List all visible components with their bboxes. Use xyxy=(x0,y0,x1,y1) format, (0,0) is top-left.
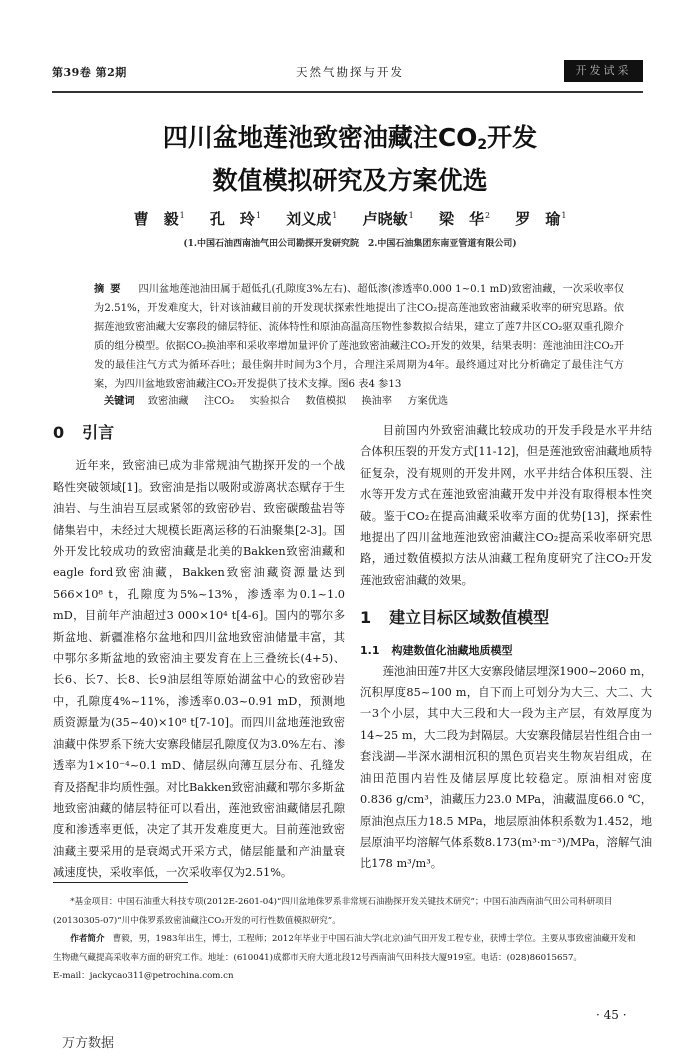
subsection-number: 1.1 xyxy=(360,644,380,657)
affiliations: (1.中国石油西南油气田公司勘探开发研究院 2.中国石油集团东南亚管道有限公司) xyxy=(0,236,700,249)
author-affiliation-mark: 1 xyxy=(561,211,566,220)
author: 梁 华2 xyxy=(439,208,490,229)
author-affiliation-mark: 1 xyxy=(409,211,414,220)
left-column: 0引言 近年来，致密油已成为非常规油气勘探开发的一个战略性突破领域[1]。致密油… xyxy=(53,422,345,884)
abstract: 摘要四川盆地莲池油田属于超低孔(孔隙度3%左右)、超低渗(渗透率0.000 1~… xyxy=(94,280,624,394)
title-line-1: 四川盆地莲池致密油藏注CO2开发 xyxy=(0,120,700,163)
author-bio: 作者简介曹毅，男，1983年出生，博士，工程师；2012年毕业于中国石油大学(北… xyxy=(53,930,643,967)
author: 刘义成1 xyxy=(286,208,337,229)
author-name: 卢晓敏 xyxy=(363,210,408,228)
title-subscript: 2 xyxy=(477,137,487,153)
header-divider xyxy=(52,91,643,93)
section-heading-1: 1建立目标区域数值模型 xyxy=(360,607,652,628)
section-tag-badge: 开发试采 xyxy=(564,60,643,82)
footnote-divider xyxy=(53,882,188,883)
author-name: 梁 华 xyxy=(439,210,484,228)
author-list: 曹 毅1 孔 玲1 刘义成1 卢晓敏1 梁 华2 罗 瑜1 xyxy=(0,208,700,229)
title-line-1-suffix: 开发 xyxy=(487,123,537,152)
intro-paragraph-1: 近年来，致密油已成为非常规油气勘探开发的一个战略性突破领域[1]。致密油是指以吸… xyxy=(53,455,345,883)
section-number: 1 xyxy=(360,608,371,627)
author: 罗 瑜1 xyxy=(515,208,566,229)
author-bio-label: 作者简介 xyxy=(70,934,104,944)
section-1-1-paragraph: 莲池油田莲7井区大安寨段储层埋深1900~2060 m，沉积厚度85~100 m… xyxy=(360,661,652,875)
right-column: 目前国内外致密油藏比较成功的开发手段是水平井结合体积压裂的开发方式[11-12]… xyxy=(360,420,652,875)
section-title: 引言 xyxy=(82,423,114,442)
author-name: 曹 毅 xyxy=(134,210,179,228)
author-affiliation-mark: 1 xyxy=(256,211,261,220)
keyword: 数值模拟 xyxy=(305,396,346,407)
footnotes: *基金项目：中国石油重大科技专项(2012E-2601-04)“四川盆地侏罗系非… xyxy=(53,893,643,986)
keyword: 换油率 xyxy=(361,396,392,407)
section-title: 建立目标区域数值模型 xyxy=(389,608,549,627)
author-email: E-mail：jackycao311@petrochina.com.cn xyxy=(53,967,643,986)
page-number: · 45 · xyxy=(596,1008,627,1022)
keywords-label: 关键词 xyxy=(104,395,135,407)
paper-title: 四川盆地莲池致密油藏注CO2开发 数值模拟研究及方案优选 xyxy=(0,120,700,199)
author-name: 孔 玲 xyxy=(210,210,255,228)
keyword: 致密油藏 xyxy=(148,396,189,407)
author-affiliation-mark: 2 xyxy=(485,211,490,220)
keyword: 注CO₂ xyxy=(204,396,234,407)
abstract-text: 四川盆地莲池油田属于超低孔(孔隙度3%左右)、超低渗(渗透率0.000 1~0.… xyxy=(94,284,624,390)
keyword: 实验拟合 xyxy=(249,396,290,407)
author-bio-text: 曹毅，男，1983年出生，博士，工程师；2012年毕业于中国石油大学(北京)油气… xyxy=(53,934,636,963)
author-name: 罗 瑜 xyxy=(515,210,560,228)
subsection-title: 构建数值化油藏地质模型 xyxy=(392,644,513,657)
fund-footnote: *基金项目：中国石油重大科技专项(2012E-2601-04)“四川盆地侏罗系非… xyxy=(53,893,643,930)
author-affiliation-mark: 1 xyxy=(332,211,337,220)
title-line-2: 数值模拟研究及方案优选 xyxy=(0,163,700,199)
author-affiliation-mark: 1 xyxy=(180,211,185,220)
author-name: 刘义成 xyxy=(286,210,331,228)
abstract-label: 摘要 xyxy=(94,283,126,295)
author: 卢晓敏1 xyxy=(363,208,414,229)
author: 孔 玲1 xyxy=(210,208,261,229)
section-number: 0 xyxy=(53,423,64,442)
keywords: 关键词 致密油藏 注CO₂ 实验拟合 数值模拟 换油率 方案优选 xyxy=(104,392,624,407)
subsection-heading-1-1: 1.1构建数值化油藏地质模型 xyxy=(360,641,652,661)
intro-paragraph-2: 目前国内外致密油藏比较成功的开发手段是水平井结合体积压裂的开发方式[11-12]… xyxy=(360,420,652,591)
title-line-1-prefix: 四川盆地莲池致密油藏注CO xyxy=(163,123,478,152)
author: 曹 毅1 xyxy=(134,208,185,229)
keyword: 方案优选 xyxy=(407,396,448,407)
watermark: 万方数据 xyxy=(62,1032,114,1051)
section-heading-introduction: 0引言 xyxy=(53,422,345,443)
